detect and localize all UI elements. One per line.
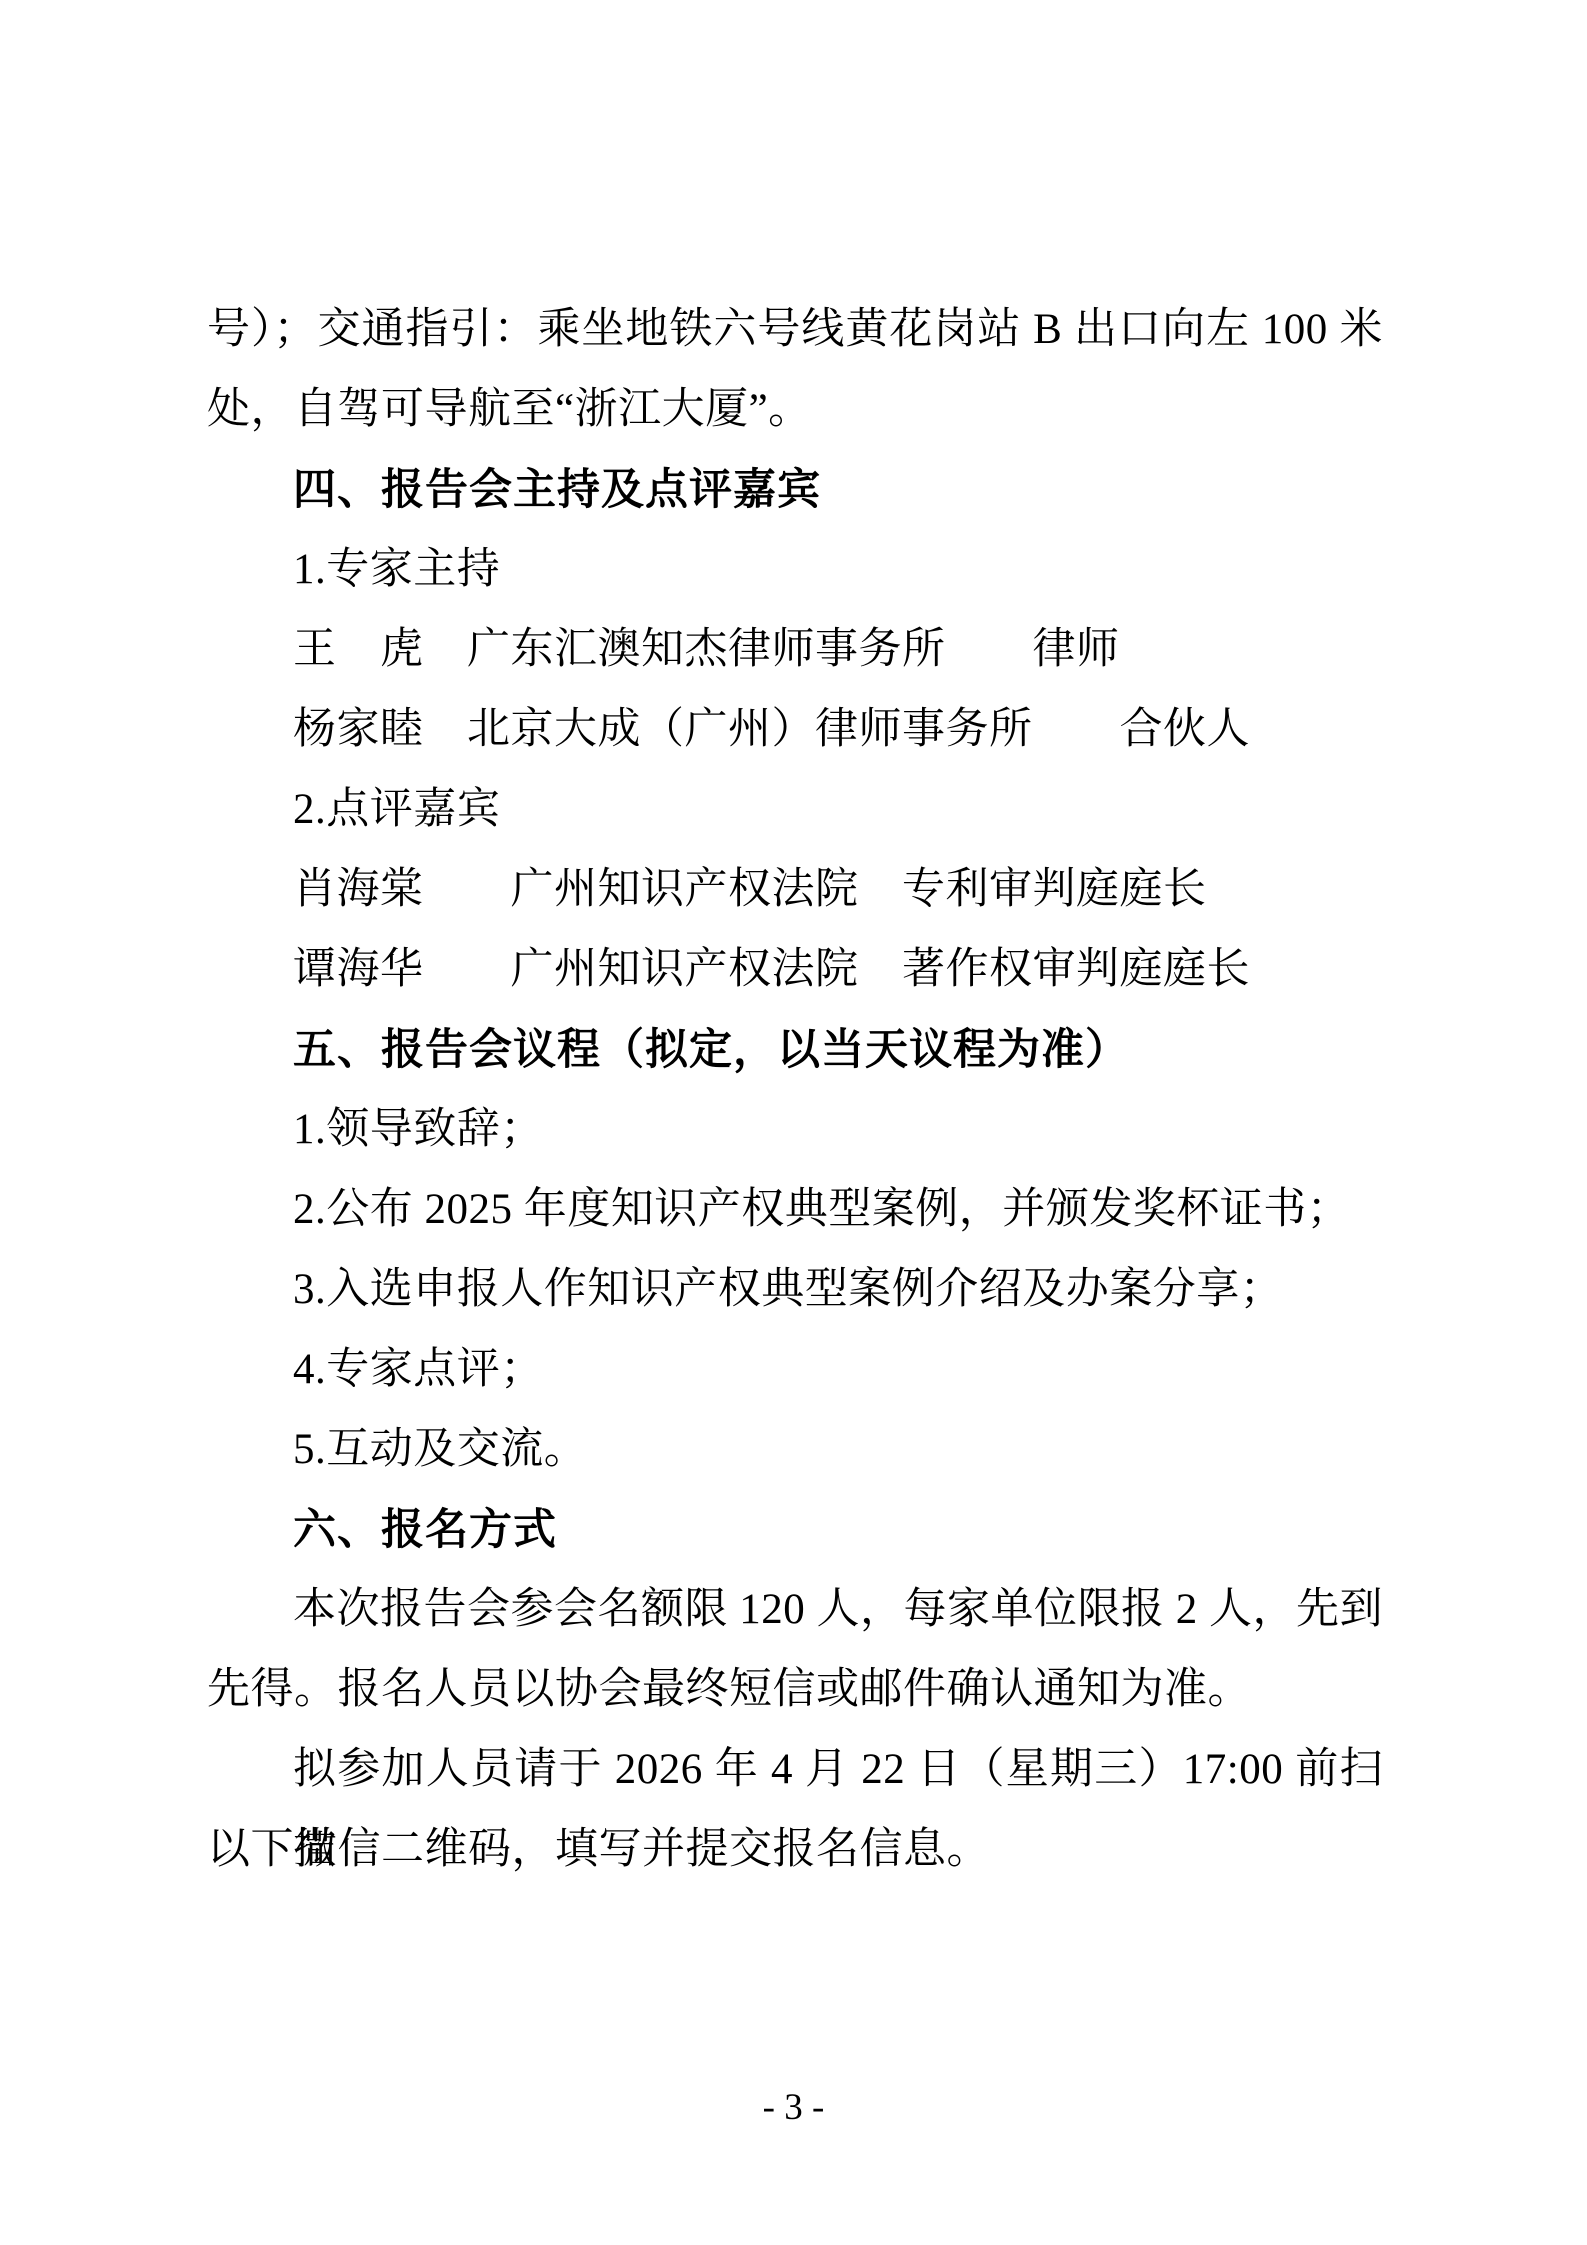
document-body: 号）；交通指引：乘坐地铁六号线黄花岗站 B 出口向左 100 米 处，自驾可导航… xyxy=(207,290,1383,1890)
registration-deadline-line-2: 以下微信二维码，填写并提交报名信息。 xyxy=(207,1810,1383,1890)
page-number: - 3 - xyxy=(0,2085,1587,2131)
agenda-item-4: 4.专家点评； xyxy=(207,1330,1383,1410)
registration-quota-line-2: 先得。报名人员以协会最终短信或邮件确认通知为准。 xyxy=(207,1650,1383,1730)
host-yang-jiamu: 杨家睦 北京大成（广州）律师事务所 合伙人 xyxy=(207,690,1383,770)
label-comment-guests: 2.点评嘉宾 xyxy=(207,770,1383,850)
agenda-item-1: 1.领导致辞； xyxy=(207,1090,1383,1170)
heading-agenda: 五、报告会议程（拟定，以当天议程为准） xyxy=(207,1010,1383,1090)
heading-hosts-and-guests: 四、报告会主持及点评嘉宾 xyxy=(207,450,1383,530)
registration-deadline-line-1: 拟参加人员请于 2026 年 4 月 22 日（星期三）17:00 前扫描 xyxy=(207,1730,1383,1810)
guest-tan-haihua: 谭海华 广州知识产权法院 著作权审判庭庭长 xyxy=(207,930,1383,1010)
label-expert-host: 1.专家主持 xyxy=(207,530,1383,610)
registration-quota-line-1: 本次报告会参会名额限 120 人，每家单位限报 2 人，先到 xyxy=(207,1570,1383,1650)
agenda-item-3: 3.入选申报人作知识产权典型案例介绍及办案分享； xyxy=(207,1250,1383,1330)
agenda-item-5: 5.互动及交流。 xyxy=(207,1410,1383,1490)
agenda-item-2: 2.公布 2025 年度知识产权典型案例，并颁发奖杯证书； xyxy=(207,1170,1383,1250)
line-address-continuation: 号）；交通指引：乘坐地铁六号线黄花岗站 B 出口向左 100 米 xyxy=(207,290,1383,370)
host-wang-hu: 王 虎 广东汇澳知杰律师事务所 律师 xyxy=(207,610,1383,690)
guest-xiao-haitang: 肖海棠 广州知识产权法院 专利审判庭庭长 xyxy=(207,850,1383,930)
heading-registration: 六、报名方式 xyxy=(207,1490,1383,1570)
document-page: 号）；交通指引：乘坐地铁六号线黄花岗站 B 出口向左 100 米 处，自驾可导航… xyxy=(0,0,1587,2245)
line-driving-directions: 处，自驾可导航至“浙江大厦”。 xyxy=(207,370,1383,450)
